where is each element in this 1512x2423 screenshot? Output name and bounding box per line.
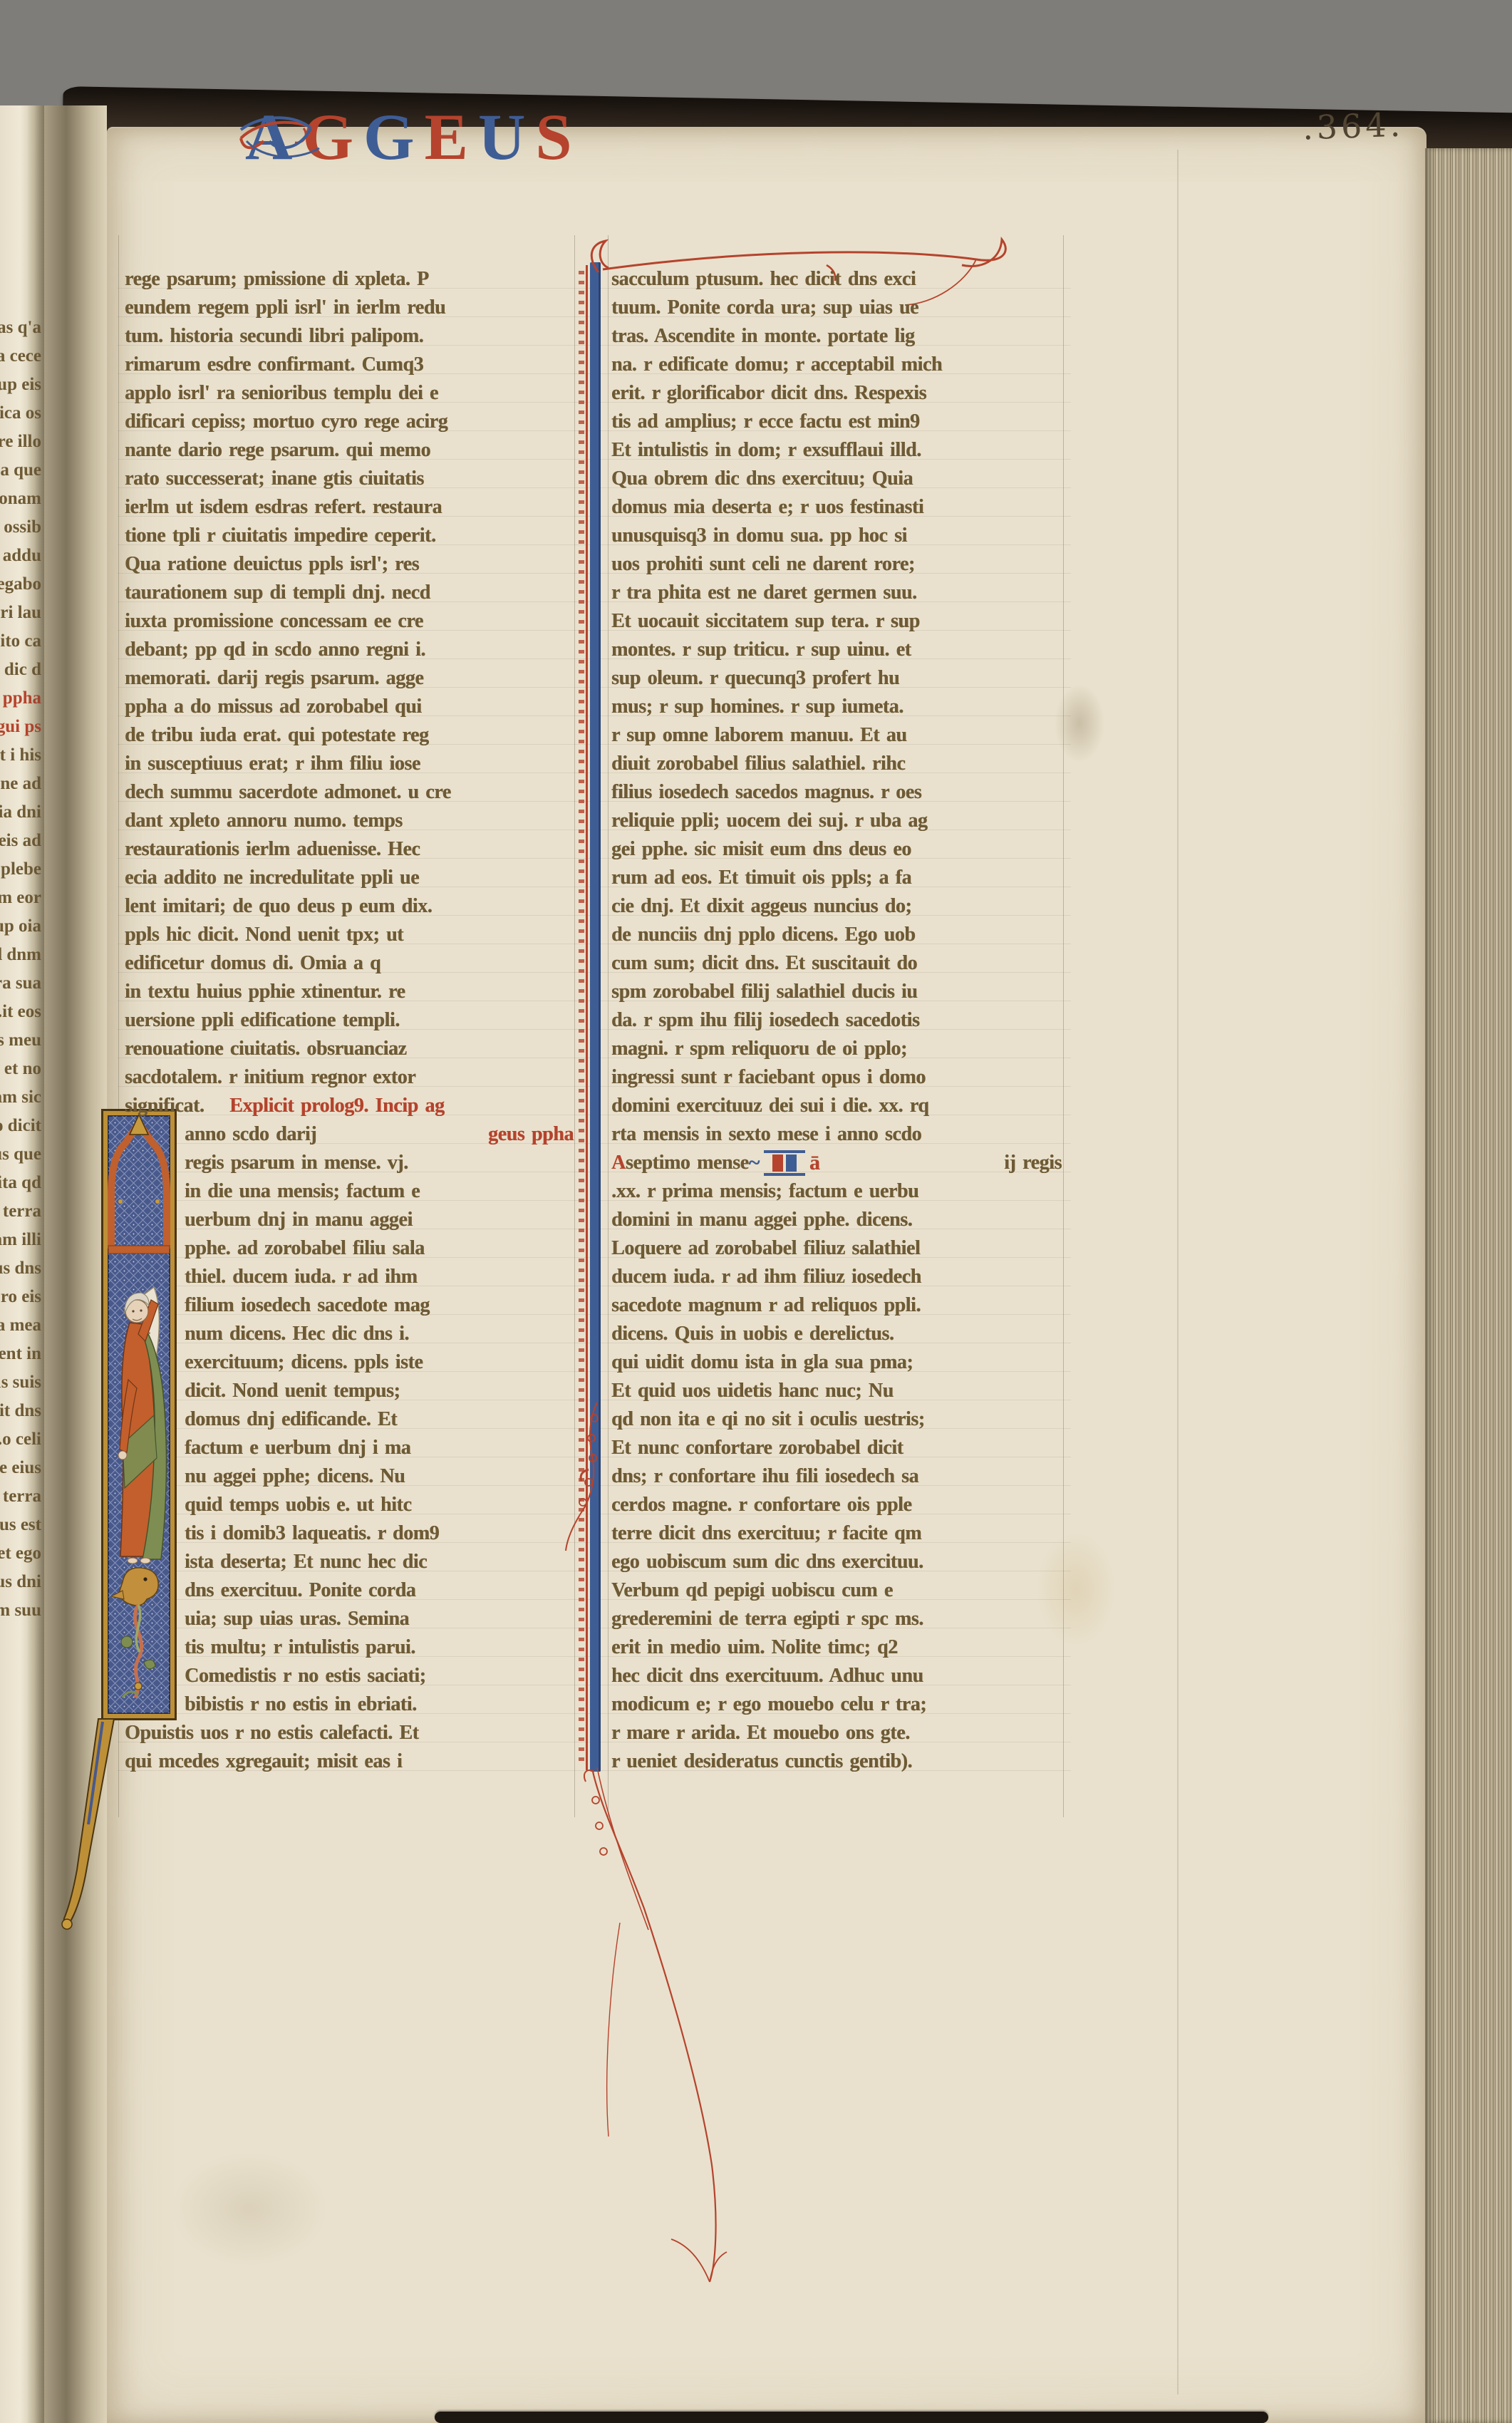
text-line: Comedistis r no estis saciati; xyxy=(185,1662,574,1690)
text-line: qd non ita e qi no sit i oculis uestris; xyxy=(611,1405,1062,1434)
text-line: in textu huius pphie xtinentur. re xyxy=(125,978,574,1006)
text-beside-miniature: anno scdo darij geus ppha regis psarum i… xyxy=(185,1120,574,1719)
header-letter: G xyxy=(363,101,416,172)
text-line: Et quid uos uidetis hanc nuc; Nu xyxy=(611,1377,1062,1405)
text-line: domus dnj edificande. Et xyxy=(185,1405,574,1434)
text-line: tis multu; r intulistis parui. xyxy=(185,1633,574,1662)
prologue-lines: rege psarum; pmissione di xpleta. Peunde… xyxy=(125,265,574,1092)
header-letter: S xyxy=(535,101,573,172)
rubric-line: significat. Explicit prolog9. Incip ag xyxy=(125,1092,574,1120)
text-line: ducem iuda. r ad ihm filiuz iosedech xyxy=(611,1263,1062,1291)
chapter-initial-ornament xyxy=(764,1150,805,1176)
text-line: rum ad eos. Et timuit ois ppls; a fa xyxy=(611,864,1062,892)
text-line: qui mcedes xgregauit; misit eas i xyxy=(125,1747,574,1776)
text-line: erit. r glorificabor dicit dns. Respexis xyxy=(611,379,1062,408)
text-line: bibistis r no estis in ebriati. xyxy=(185,1690,574,1719)
text-line: eundem regem ppli isrl' in ierlm redu xyxy=(125,294,574,322)
text-line: terre dicit dns exercituu; r facite qm xyxy=(611,1519,1062,1548)
right-text-column: sacculum ptusum. hec dicit dns excituum.… xyxy=(611,265,1062,1776)
text-line: memorati. darij regis psarum. agge xyxy=(125,664,574,693)
text-line: da. r spm ihu filij iosedech sacedotis xyxy=(611,1006,1062,1035)
left-text-column: rege psarum; pmissione di xpleta. Peunde… xyxy=(125,265,574,1776)
ornament-red-bar xyxy=(772,1154,783,1172)
text-line: cum sum; dicit dns. Et suscitauit do xyxy=(611,949,1062,978)
right-lines-upper: sacculum ptusum. hec dicit dns excituum.… xyxy=(611,265,1062,1149)
text-line: r mare r arida. Et mouebo ons gte. xyxy=(611,1719,1062,1747)
header-letter: E xyxy=(425,101,470,172)
text-line: unusquisq3 in domu sua. pp hoc si xyxy=(611,522,1062,550)
text-line: reliquie ppli; uocem dei suj. r uba ag xyxy=(611,807,1062,835)
chapter-opening-red: geus ppha xyxy=(488,1120,574,1149)
text-line: tum. historia secundi libri palipom. xyxy=(125,322,574,351)
text-line: applo isrl' ra senioribus templu dei e xyxy=(125,379,574,408)
text-line: edificetur domus di. Omia a q xyxy=(125,949,574,978)
text-line: sacculum ptusum. hec dicit dns exci xyxy=(611,265,1062,294)
penwork-tail-bottom xyxy=(580,1766,808,2286)
vertical-ruling xyxy=(574,235,575,1817)
text-line: Verbum qd pepigi uobiscu cum e xyxy=(611,1576,1062,1605)
text-line: restaurationis ierlm aduenisse. Hec xyxy=(125,835,574,864)
chapter-two-end: ij regis xyxy=(1004,1149,1062,1177)
running-header: AGGEUS xyxy=(235,94,819,180)
text-line: Opuistis uos r no estis calefacti. Et xyxy=(125,1719,574,1747)
text-line: filium iosedech sacedote mag xyxy=(185,1291,574,1320)
chapter-lines-full: Opuistis uos r no estis calefacti. Etqui… xyxy=(125,1719,574,1776)
text-line: num dicens. Hec dic dns i. xyxy=(185,1320,574,1348)
text-line: tuum. Ponite corda ura; sup uias ue xyxy=(611,294,1062,322)
text-line: r ueniet desideratus cunctis gentib). xyxy=(611,1747,1062,1776)
chapter-opening-line: anno scdo darij geus ppha xyxy=(185,1120,574,1149)
text-line: qui uidit domu ista in gla sua pma; xyxy=(611,1348,1062,1377)
text-line: dicit. Nond uenit tempus; xyxy=(185,1377,574,1405)
text-line: nu aggei pphe; dicens. Nu xyxy=(185,1462,574,1491)
chapter-two-text: septimo mense xyxy=(626,1149,749,1177)
text-line: nante dario rege psarum. qui memo xyxy=(125,436,574,465)
text-line: sacedote magnum r ad reliquos ppli. xyxy=(611,1291,1062,1320)
text-line: dicens. Quis in uobis e derelictus. xyxy=(611,1320,1062,1348)
text-line: dns exercituu. Ponite corda xyxy=(185,1576,574,1605)
initial-panel-tail xyxy=(60,1717,117,1938)
text-line: rta mensis in sexto mese i anno scdo xyxy=(611,1120,1062,1149)
text-line: rege psarum; pmissione di xpleta. P xyxy=(125,265,574,294)
text-line: dech summu sacerdote admonet. u cre xyxy=(125,778,574,807)
text-line: iuxta promissione concessam ee cre xyxy=(125,607,574,636)
text-line: na. r edificate domu; r acceptabil mich xyxy=(611,351,1062,379)
text-line: .xx. r prima mensis; factum e uerbu xyxy=(611,1177,1062,1206)
manuscript-photo: Augas q'ao:quia ceceas sup eistersica os… xyxy=(0,0,1512,2423)
text-line: domini in manu aggei pphe. dicens. xyxy=(611,1206,1062,1234)
text-line: modicum e; r ego mouebo celu r tra; xyxy=(611,1690,1062,1719)
text-line: filius iosedech sacedos magnus. r oes xyxy=(611,778,1062,807)
text-line: Qua obrem dic dns exercituu; Quia xyxy=(611,465,1062,493)
text-line: tras. Ascendite in monte. portate lig xyxy=(611,322,1062,351)
text-line: r sup omne laborem manuu. Et au xyxy=(611,721,1062,750)
text-line: domus mia deserta e; r uos festinasti xyxy=(611,493,1062,522)
right-lines-lower: .xx. r prima mensis; factum e uerbudomin… xyxy=(611,1177,1062,1776)
folio-number: .364. xyxy=(1302,107,1404,146)
vertical-ruling xyxy=(608,235,609,1817)
text-line: Et intulistis in dom; r exsufflaui illd. xyxy=(611,436,1062,465)
text-line: de nunciis dnj pplo dicens. Ego uob xyxy=(611,921,1062,949)
text-line: factum e uerbum dnj i ma xyxy=(185,1434,574,1462)
text-line: dns; r confortare ihu fili iosedech sa xyxy=(611,1462,1062,1491)
fore-edge-page-stack xyxy=(1425,148,1512,2423)
text-line: ista deserta; Et nunc hec dic xyxy=(185,1548,574,1576)
text-line: ppls hic dicit. Nond uenit tpx; ut xyxy=(125,921,574,949)
text-line: cerdos magne. r confortare ois pple xyxy=(611,1491,1062,1519)
text-line: spm zorobabel filij salathiel ducis iu xyxy=(611,978,1062,1006)
ornament-blue-bar xyxy=(786,1154,797,1172)
text-line: debant; pp qd in scdo anno regni i. xyxy=(125,636,574,664)
text-line: Loquere ad zorobabel filiuz salathiel xyxy=(611,1234,1062,1263)
text-line: uia; sup uias uras. Semina xyxy=(185,1605,574,1633)
text-line: quid temps uobis e. ut hitc xyxy=(185,1491,574,1519)
text-line: cie dnj. Et dixit aggeus nuncius do; xyxy=(611,892,1062,921)
text-line: renouatione ciuitatis. obsruanciaz xyxy=(125,1035,574,1063)
text-line: diuit zorobabel filius salathiel. rihc xyxy=(611,750,1062,778)
chapter-two-line: A septimo mense ~ ā ij regis xyxy=(611,1149,1062,1177)
text-line: erit in medio uim. Nolite timc; q2 xyxy=(611,1633,1062,1662)
text-line: exercituum; dicens. ppls iste xyxy=(185,1348,574,1377)
text-line: pphe. ad zorobabel filiu sala xyxy=(185,1234,574,1263)
paragraph-initial: A xyxy=(611,1149,626,1177)
penwork-squiggle-icon: ~ xyxy=(749,1149,760,1177)
text-line: regis psarum in mense. vj. xyxy=(185,1149,574,1177)
text-line: ierlm ut isdem esdras refert. restaura xyxy=(125,493,574,522)
penwork-squiggle-icon: ā xyxy=(809,1149,820,1177)
text-line: r tra phita est ne daret germen suu. xyxy=(611,579,1062,607)
text-line: Et nunc confortare zorobabel dicit xyxy=(611,1434,1062,1462)
header-letter: U xyxy=(478,101,527,172)
text-line: ppha a do missus ad zorobabel qui xyxy=(125,693,574,721)
text-line: rato successerat; inane gtis ciuitatis xyxy=(125,465,574,493)
text-line: uos prohiti sunt celi ne darent rore; xyxy=(611,550,1062,579)
text-line: tione tpli r ciuitatis impedire ceperit. xyxy=(125,522,574,550)
text-line: grederemini de terra egipti r spc ms. xyxy=(611,1605,1062,1633)
text-line: tis ad amplius; r ecce factu est min9 xyxy=(611,408,1062,436)
gutter-shadow xyxy=(44,105,107,2423)
text-line: gei pphe. sic misit eum dns deus eo xyxy=(611,835,1062,864)
text-line: domini exercituuz dei sui i die. xx. rq xyxy=(611,1092,1062,1120)
text-line: sacdotalem. r initium regnor extor xyxy=(125,1063,574,1092)
text-line: taurationem sup di templi dnj. necd xyxy=(125,579,574,607)
text-line: montes. r sup triticu. r sup uinu. et xyxy=(611,636,1062,664)
text-line: dant xpleto annoru numo. temps xyxy=(125,807,574,835)
fold-shadow xyxy=(0,105,44,2423)
text-line: sup oleum. r quecunq3 profert hu xyxy=(611,664,1062,693)
text-line: Qua ratione deuictus ppls isrl'; res xyxy=(125,550,574,579)
text-line: tis i domib3 laqueatis. r dom9 xyxy=(185,1519,574,1548)
facing-page-edge: Augas q'ao:quia ceceas sup eistersica os… xyxy=(0,105,44,2423)
text-line: ingressi sunt r faciebant opus i domo xyxy=(611,1063,1062,1092)
text-line: in susceptiuus erat; r ihm filiu iose xyxy=(125,750,574,778)
text-line: in die una mensis; factum e xyxy=(185,1177,574,1206)
book-cover-edge-bottom xyxy=(435,2412,1268,2423)
text-line: magni. r spm reliquoru de oi pplo; xyxy=(611,1035,1062,1063)
prologue-end: significat. xyxy=(125,1095,204,1117)
vertical-crease xyxy=(1177,150,1179,2394)
text-line: de tribu iuda erat. qui potestate reg xyxy=(125,721,574,750)
chapter-opening-black: anno scdo darij xyxy=(185,1120,316,1149)
chapter-lines-narrow: regis psarum in mense. vj.in die una men… xyxy=(185,1149,574,1719)
text-line: thiel. ducem iuda. r ad ihm xyxy=(185,1263,574,1291)
text-line: ego uobiscum sum dic dns exercituu. xyxy=(611,1548,1062,1576)
text-line: dificari cepiss; mortuo cyro rege acirg xyxy=(125,408,574,436)
header-flourish-right-icon xyxy=(235,108,328,165)
text-line: ecia addito ne incredulitate ppli ue xyxy=(125,864,574,892)
text-line: uersione ppli edificatione templi. xyxy=(125,1006,574,1035)
vertical-ruling xyxy=(1063,235,1064,1817)
text-line: rimarum esdre confirmant. Cumq3 xyxy=(125,351,574,379)
rubric-text: Explicit prolog9. Incip ag xyxy=(229,1095,444,1117)
text-line: hec dicit dns exercituum. Adhuc unu xyxy=(611,1662,1062,1690)
text-line: uerbum dnj in manu aggei xyxy=(185,1206,574,1234)
text-line: Et uocauit siccitatem sup tera. r sup xyxy=(611,607,1062,636)
text-line: lent imitari; de quo deus p eum dix. xyxy=(125,892,574,921)
text-line: mus; r sup homines. r sup iumeta. xyxy=(611,693,1062,721)
